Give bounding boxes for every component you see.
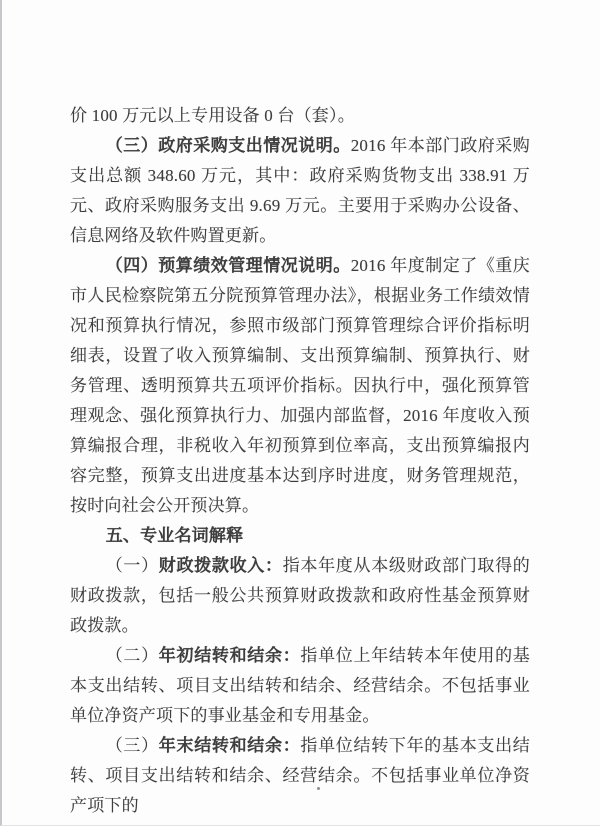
document-page: 价 100 万元以上专用设备 0 台（套）。（三）政府采购支出情况说明。2016… [0,0,600,826]
para-section-4-performance-segment-1: 2016 年度制定了《重庆市人民检察院第五分院预算管理办法》，根据业务工作绩效情… [70,256,530,515]
para-term-1-fiscal-appropriation-income-segment-1: 财政拨款收入： [159,556,283,575]
para-continued-equipment-segment-0: 价 100 万元以上专用设备 0 台（套）。 [70,106,355,125]
scan-speck [317,787,320,790]
para-continued-equipment: 价 100 万元以上专用设备 0 台（套）。 [70,101,530,131]
para-section-4-performance: （四）预算绩效管理情况说明。2016 年度制定了《重庆市人民检察院第五分院预算管… [70,251,530,521]
para-term-1-fiscal-appropriation-income: （一）财政拨款收入：指本年度从本级财政部门取得的财政拨款，包括一般公共预算财政拨… [70,551,530,641]
para-section-4-performance-segment-0: （四）预算绩效管理情况说明。 [106,256,351,275]
document-body: 价 100 万元以上专用设备 0 台（套）。（三）政府采购支出情况说明。2016… [70,101,530,821]
heading-section-5-glossary: 五、专业名词解释 [70,521,530,551]
para-term-2-beginning-carryover-segment-1: 年初结转和结余： [159,646,301,665]
heading-section-5-glossary-segment-0: 五、专业名词解释 [106,526,244,545]
para-term-3-yearend-carryover-segment-1: 年末结转和结余： [159,736,301,755]
para-term-2-beginning-carryover-segment-0: （二） [106,646,159,665]
para-term-3-yearend-carryover: （三）年末结转和结余：指单位结转下年的基本支出结转、项目支出结转和结余、经营结余… [70,731,530,821]
para-term-1-fiscal-appropriation-income-segment-0: （一） [106,556,159,575]
para-section-3-procurement-segment-0: （三）政府采购支出情况说明。 [106,136,351,155]
para-term-3-yearend-carryover-segment-0: （三） [106,736,159,755]
para-section-3-procurement: （三）政府采购支出情况说明。2016 年本部门政府采购支出总额 348.60 万… [70,131,530,251]
para-term-2-beginning-carryover: （二）年初结转和结余：指单位上年结转本年使用的基本支出结转、项目支出结转和结余、… [70,641,530,731]
